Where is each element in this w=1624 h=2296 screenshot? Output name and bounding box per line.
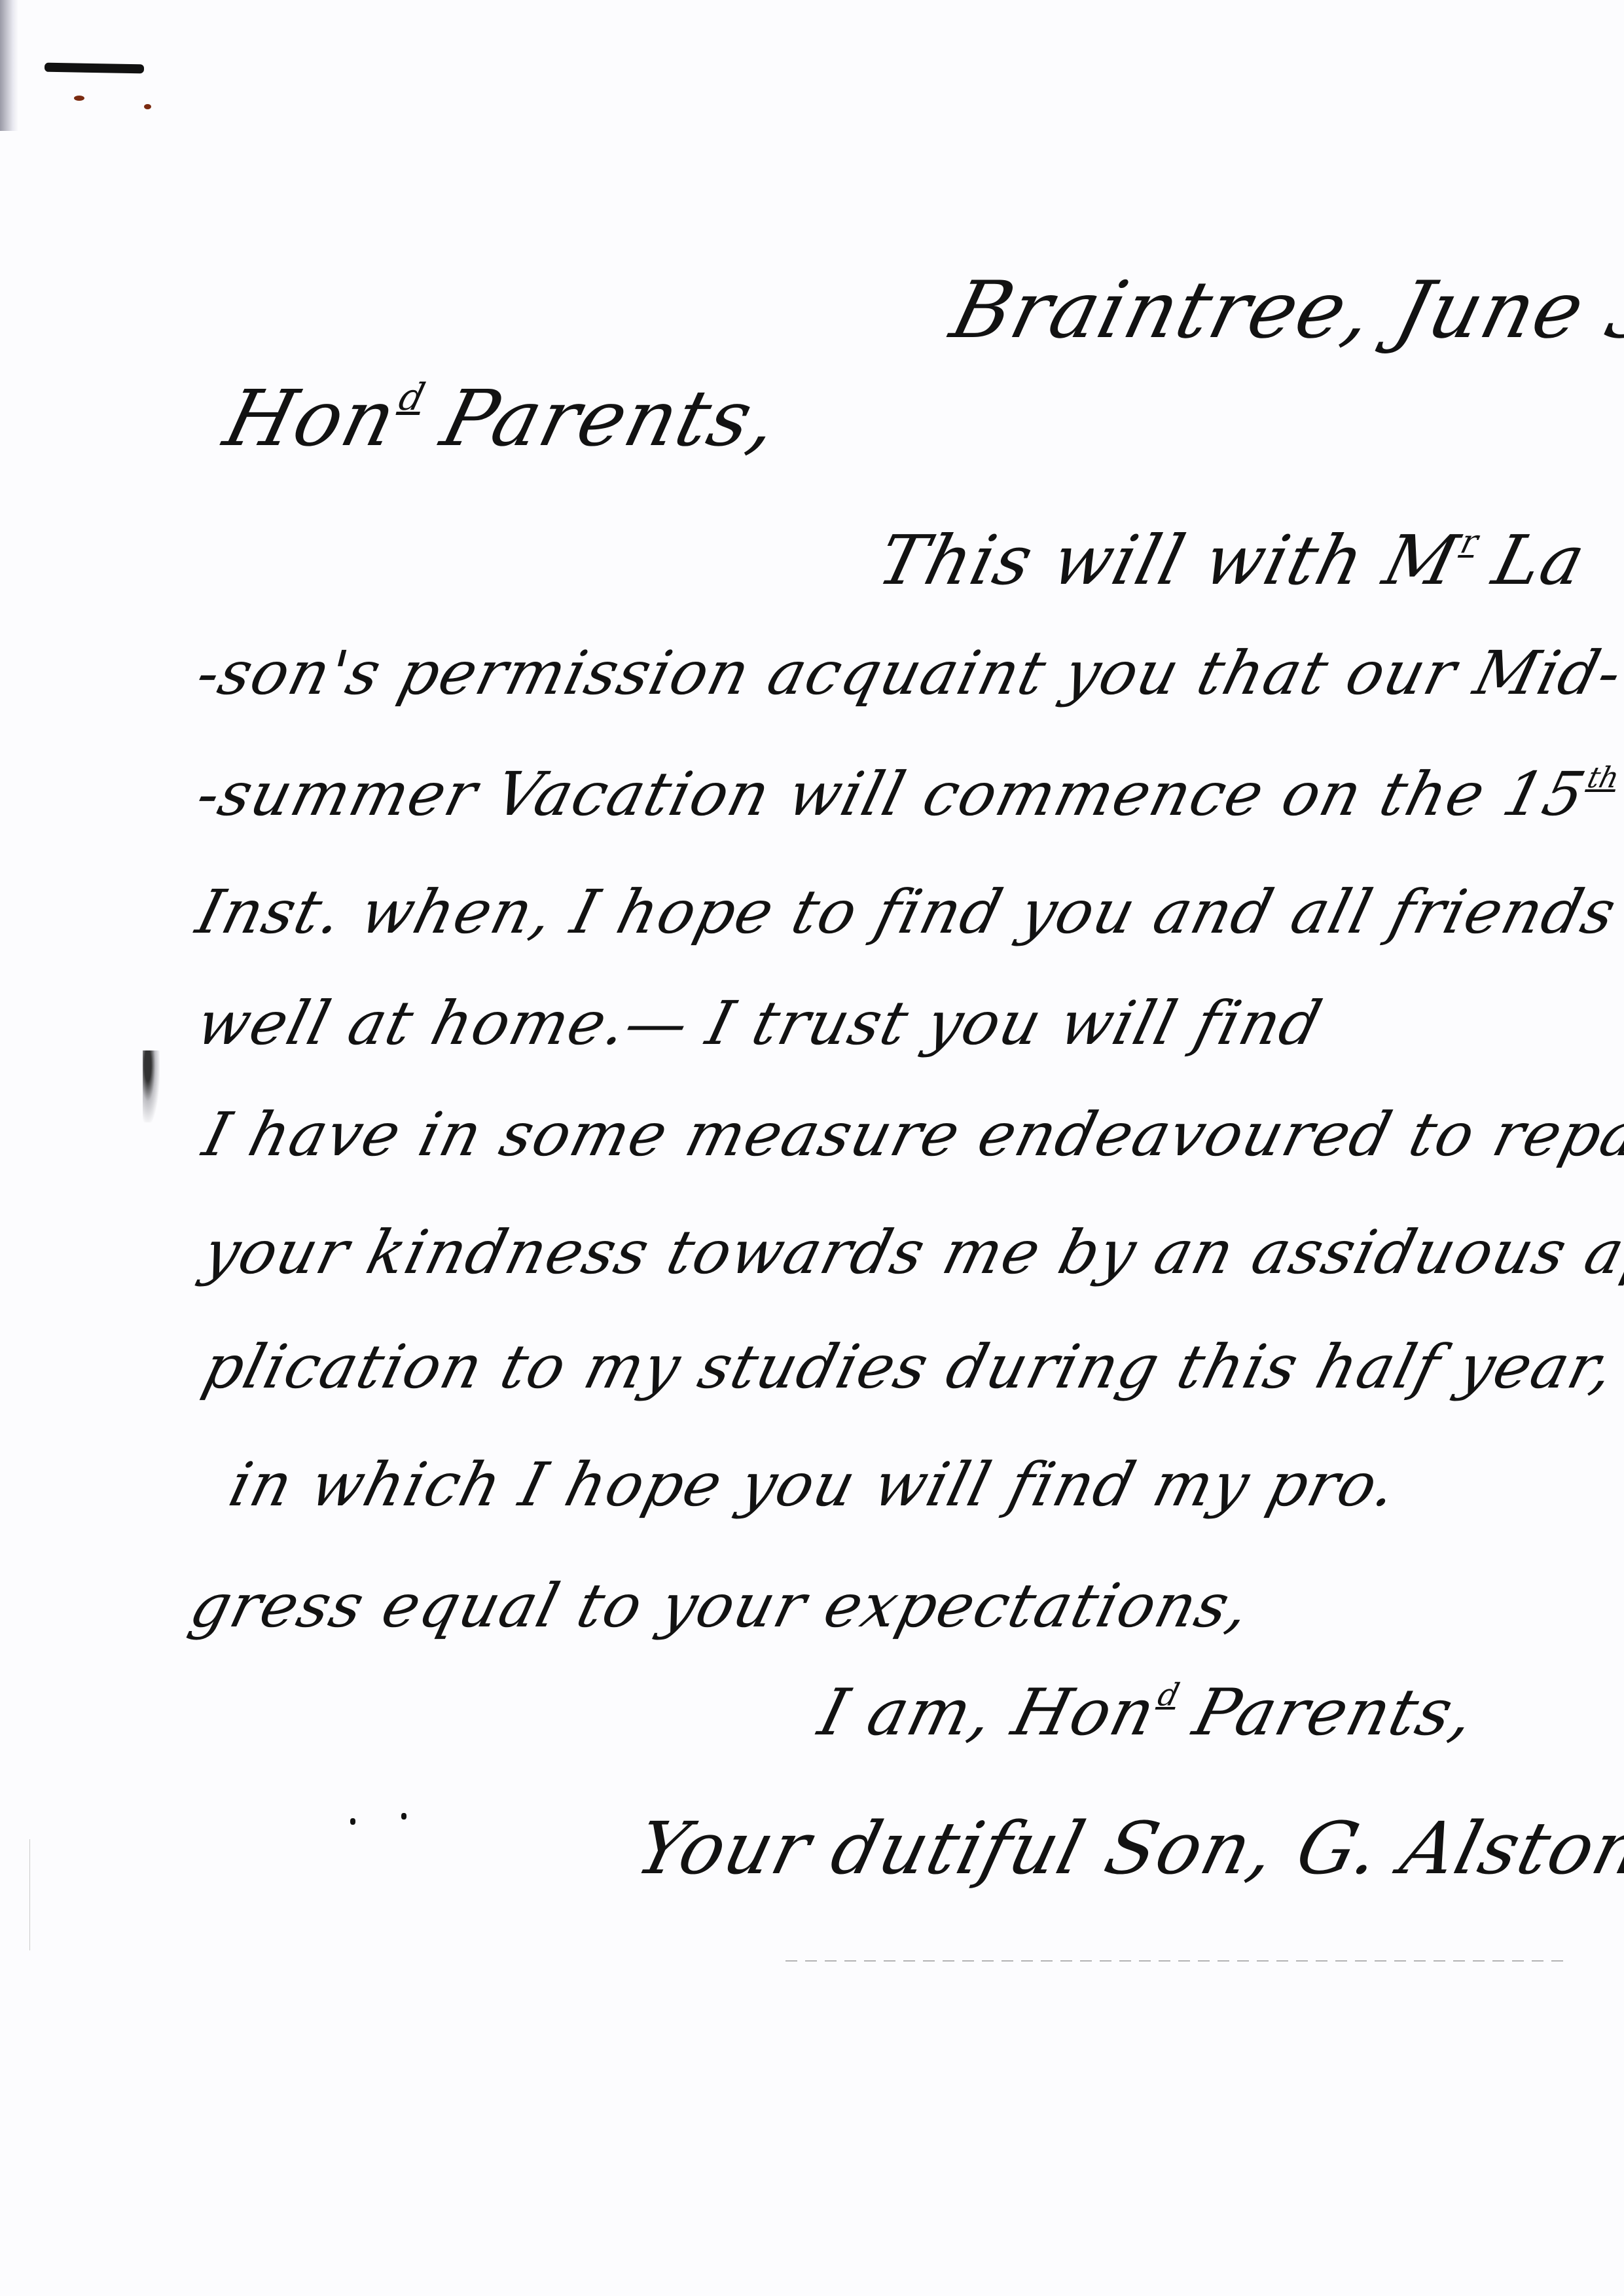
- body-line-3-text: -summer Vacation will commence on the 15: [190, 759, 1593, 829]
- faint-margin-line: [29, 1839, 30, 1950]
- body-line-8: plication to my studies during this half…: [196, 1332, 1622, 1402]
- margin-smudge: [143, 1050, 160, 1122]
- ink-spot: [144, 104, 151, 109]
- ink-spot: [74, 96, 84, 101]
- body-line-5: well at home.— I trust you will find: [190, 988, 1329, 1058]
- salutation-name: Parents,: [433, 373, 789, 463]
- closing-tail: Parents,: [1164, 1676, 1483, 1750]
- body-line-4: Inst. when, I hope to find you and all f…: [190, 877, 1624, 947]
- body-line-1: This will with Mr La: [871, 520, 1594, 600]
- date-day: 3: [1598, 265, 1624, 356]
- place: Braintree,: [943, 265, 1383, 356]
- salutation: Hond Parents,: [216, 373, 788, 463]
- salutation-prefix: Hon: [216, 373, 406, 463]
- closing-text: I am, Hon: [812, 1676, 1164, 1750]
- ink-bar-mark: [45, 63, 144, 74]
- body-line-1-text: This will with M: [871, 520, 1467, 600]
- body-line-2: -son's permission acquaint you that our …: [190, 638, 1624, 708]
- signature: Your dutiful Son, G. Alston: [628, 1806, 1624, 1890]
- body-line-10: gress equal to your expectations,: [183, 1571, 1258, 1641]
- faint-dotted-rule: [785, 1960, 1571, 1962]
- stray-ink-dots: [350, 1813, 409, 1826]
- body-line-6: I have in some measure endeavoured to re…: [196, 1100, 1624, 1170]
- scan-edge-shadow: [0, 0, 18, 131]
- body-line-7: your kindness towards me by an assiduous…: [196, 1217, 1624, 1287]
- letter-page: Braintree, June 3rd 1808 Hond Parents, T…: [0, 0, 1624, 2296]
- closing-line: I am, Hond Parents,: [812, 1676, 1483, 1750]
- body-line-9: in which I hope you will find my pro.: [223, 1450, 1405, 1520]
- date-month: June: [1387, 265, 1594, 356]
- date-line: Braintree, June 3rd 1808: [943, 265, 1624, 356]
- body-line-1-tail: La: [1462, 520, 1594, 600]
- body-line-3: -summer Vacation will commence on the 15…: [190, 759, 1623, 829]
